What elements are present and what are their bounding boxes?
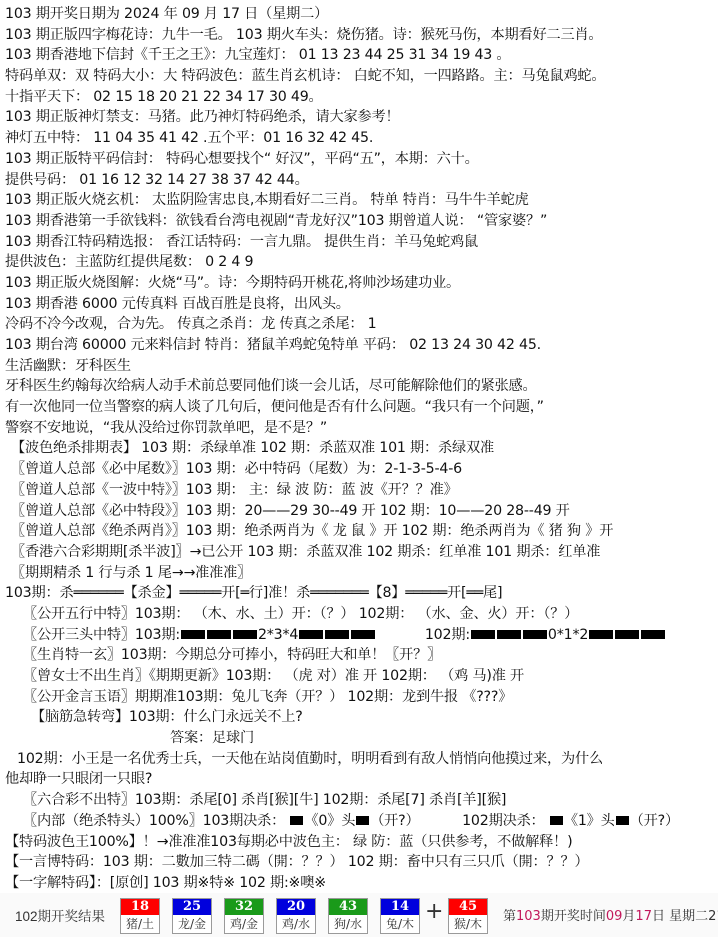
humor-text-1: 牙科医生约翰每次给病人动手术前总要同他们谈一会儿话，尽可能解除他们的紧张感。 <box>5 376 718 397</box>
three-heads-line: 〖公开三头中特〗103期:2*3*4 102期:0*1*2 <box>5 625 718 646</box>
draw-time-text: 第 <box>503 909 516 924</box>
humor-text-3: 警察不安地说，“我从没给过你罚款单吧，是不是？” <box>5 418 718 439</box>
redacted-bar <box>233 630 257 639</box>
ball-number: 32 <box>225 899 263 915</box>
next-draw-time: 第103期开奖时间09月17日 星期二21:3 <box>503 905 718 924</box>
redacted-bar <box>351 630 375 639</box>
ball-zodiac: 兔/木 <box>381 915 419 933</box>
special-segment-line: 〖曾道人总部《必中特段》〗103 期：20——29 30--49 开 102 期… <box>5 501 718 522</box>
kill-element-tail-title: 〖期期精杀 1 行与杀 1 尾→→准准准〗 <box>5 563 718 584</box>
provided-numbers-line: 提供号码： 01 16 12 32 14 27 38 37 42 44。 <box>5 170 718 191</box>
ball-zodiac: 狗/水 <box>329 915 367 933</box>
draw-day: 17 <box>635 909 652 924</box>
result-ball: 18 猪/土 <box>120 898 160 934</box>
ball-number: 45 <box>449 899 487 915</box>
special-flat-envelope-line: 103 期正版特平码信封： 特码心想要找个“ 好汉”，平码“五”，本期：六十。 <box>5 149 718 170</box>
ten-fingers-line: 十指平天下： 02 15 18 20 21 22 34 17 30 49。 <box>5 87 718 108</box>
ball-zodiac: 猪/土 <box>121 915 159 933</box>
one-char-line: 【一字解特码】：[原创] 103 期※特※ 102 期:※噢※ <box>5 873 718 894</box>
hk-envelope-line: 103 期香港地下信封《千王之王》：九宝莲灯： 01 13 23 44 25 3… <box>5 45 718 66</box>
ball-number: 18 <box>121 899 159 915</box>
kill-two-zodiac-line: 〖曾道人总部《绝杀两肖》〗103 期：绝杀两肖为《 龙 鼠 》开 102 期：绝… <box>5 521 718 542</box>
redacted-bar <box>523 630 547 639</box>
draw-month: 09 <box>606 909 623 924</box>
internal-prefix: 〖内部（绝杀特头）100%〗103期决杀： <box>23 813 285 829</box>
draw-period: 103 <box>516 909 541 924</box>
wave-kill-schedule: 【波色绝杀排期表】 103 期：杀绿单准 102 期：杀蓝双准 101 期：杀绿… <box>5 438 718 459</box>
xiangjiang-line: 103 期香江特码精选报： 香江话特码：一言九鼎。 提供生肖：羊马兔蛇鸡鼠 <box>5 232 718 253</box>
special-ball: 45 猴/木 <box>448 898 488 934</box>
kill-element-tail-line: 103期：杀══════【杀金】═════开[═行]准！杀═══════【8】═… <box>5 583 718 604</box>
ball-number: 25 <box>173 899 211 915</box>
result-ball: 20 鸡/水 <box>276 898 316 934</box>
result-ball: 43 狗/水 <box>328 898 368 934</box>
riddle-question: 【脑筋急转弯】103期：什么门永远关不上? <box>5 707 718 728</box>
draw-time-text: 月 <box>622 909 635 924</box>
three-heads-103: 2*3*4 <box>258 627 298 643</box>
ball-zodiac: 龙/金 <box>173 915 211 933</box>
five-elements-line: 〖公开五行中特〗103期： （木、水、土）开：（？） 102期： （水、金、火）… <box>5 604 718 625</box>
hk-fax-line: 103 期香港 6000 元传真料 百战百胜是良将，出风头。 <box>5 294 718 315</box>
head-103: 《0》头 <box>304 813 355 829</box>
cold-code-line: 冷码不冷今改观，合为先。 传真之杀肖：龙 传真之杀尾： 1 <box>5 314 718 335</box>
tail-number-line: 〖曾道人总部《必中尾数》〗103 期：必中特码（尾数）为：2-1-3-5-4-6 <box>5 459 718 480</box>
ball-number: 14 <box>381 899 419 915</box>
plum-poem-line: 103 期正版四字梅花诗：九牛一毛。 103 期火车头：烧伤猪。诗：猴死马伤，本… <box>5 25 718 46</box>
riddle-102-part1: 102期：小王是一名优秀士兵，一天他在站岗值勤时，明明看到有敌人悄悄向他摸过来，… <box>5 749 718 770</box>
redacted-bar <box>471 630 495 639</box>
riddle-102-part2: 他却睁一只眼闭一只眼? <box>5 769 718 790</box>
redacted-bar <box>181 630 205 639</box>
taiwan-envelope-line: 103 期台湾 60000 元来料信封 特肖：猪鼠羊鸡蛇兔特单 平码： 02 1… <box>5 335 718 356</box>
zodiac-mystery-line: 〖生肖特一玄〗103期：今期总分可捧小，特码旺大和单！〖开？〗 <box>5 645 718 666</box>
fire-diagram-line: 103 期正版火烧图解：火烧“马”。诗：今期特码开桃花,将帅沙场建功业。 <box>5 273 718 294</box>
result-ball: 14 兔/木 <box>380 898 420 934</box>
redacted-bar <box>299 630 323 639</box>
three-heads-mid: 102期: <box>425 627 470 643</box>
riddle-answer: 答案：足球门 <box>5 728 718 749</box>
redacted-bar <box>550 816 563 825</box>
ball-number: 20 <box>277 899 315 915</box>
hk-first-hand-line: 103 期香港第一手欲钱料：欲钱看台湾电视剧“青龙好汉”103 期曾道人说： “… <box>5 211 718 232</box>
head-102: 《1》头 <box>564 813 615 829</box>
open-103: （开?） <box>370 813 419 829</box>
hk-half-wave-line: 〖香港六合彩期期[杀半波]〗→已公开 103 期：杀蓝双准 102 期杀：红单准… <box>5 542 718 563</box>
redacted-bar <box>356 816 369 825</box>
open-102: （开?） <box>630 813 679 829</box>
article-body: 103 期开奖日期为 2024 年 09 月 17 日（星期二） 103 期正版… <box>5 4 718 935</box>
redacted-bar <box>497 630 521 639</box>
draw-time-text: 日 星期二21:3 <box>652 909 718 924</box>
redacted-bar <box>641 630 665 639</box>
ball-zodiac: 鸡/水 <box>277 915 315 933</box>
ball-number: 43 <box>329 899 367 915</box>
humor-title: 生活幽默：牙科医生 <box>5 356 718 377</box>
special-attributes-line: 特码单双：双 特码大小：大 特码波色：蓝生肖玄机诗： 白蛇不知，一四路路。主：马… <box>5 66 718 87</box>
three-heads-prefix: 〖公开三头中特〗103期: <box>23 627 180 643</box>
redacted-bar <box>207 630 231 639</box>
redacted-bar <box>325 630 349 639</box>
one-word-bet-line: 【一言博特码：103 期：二數加三特二碼（開：？？） 102 期：畜中只有三只爪… <box>5 852 718 873</box>
redacted-bar <box>616 816 629 825</box>
redacted-bar <box>615 630 639 639</box>
wave-color-line: 提供波色：主蓝防红提供尾数： 0 2 4 9 <box>5 252 718 273</box>
humor-text-2: 有一次他同一位当警察的病人谈了几句后，便问他是否有什么问题。“我只有一个问题，” <box>5 397 718 418</box>
redacted-bar <box>290 816 303 825</box>
not-drawn-line: 〖六合彩不出特〗103期：杀尾[0] 杀肖[猴][牛] 102期：杀尾[7] 杀… <box>5 790 718 811</box>
one-wave-line: 〖曾道人总部《一波中特》〗103 期： 主：绿 波 防：蓝 波《开？？准》 <box>5 480 718 501</box>
lamp-ban-line: 103 期正版神灯禁支：马猪。此乃神灯特码绝杀，请大家参考！ <box>5 107 718 128</box>
result-ball: 25 龙/金 <box>172 898 212 934</box>
fire-mystery-line: 103 期正版火烧玄机： 太监阴险害忠良,本期看好二三肖。 特单 特肖：马牛牛羊… <box>5 190 718 211</box>
lamp-five-line: 神灯五中特： 11 04 35 41 42 .五个平：01 16 32 42 4… <box>5 128 718 149</box>
wave-king-line: 【特码波色王100%】！→准准准103每期必中波色主： 绿 防：蓝（只供参考，不… <box>5 832 718 853</box>
redacted-bar <box>589 630 613 639</box>
golden-words-line: 〖公开金言玉语〗期期准103期：兔儿飞奔（开？） 102期：龙到牛报 《???》 <box>5 687 718 708</box>
draw-time-text: 期开奖时间 <box>541 909 606 924</box>
internal-kill-head-line: 〖内部（绝杀特头）100%〗103期决杀： 《0》头（开?） 102期决杀： 《… <box>5 811 718 832</box>
results-label: 102期开奖结果 <box>15 905 105 925</box>
three-heads-102: 0*1*2 <box>548 627 588 643</box>
draw-results-bar: 102期开奖结果 18 猪/土 25 龙/金 32 鸡/金 20 鸡/水 43 … <box>0 893 718 937</box>
plus-sign: + <box>425 899 443 924</box>
ball-zodiac: 鸡/金 <box>225 915 263 933</box>
draw-date-line: 103 期开奖日期为 2024 年 09 月 17 日（星期二） <box>5 4 718 25</box>
internal-mid: 102期决杀： <box>462 813 544 829</box>
ms-zeng-line: 〖曾女士不出生肖〗《期期更新》103期： （虎 对）准 开 102期： （鸡 马… <box>5 666 718 687</box>
ball-zodiac: 猴/木 <box>449 915 487 933</box>
result-ball: 32 鸡/金 <box>224 898 264 934</box>
